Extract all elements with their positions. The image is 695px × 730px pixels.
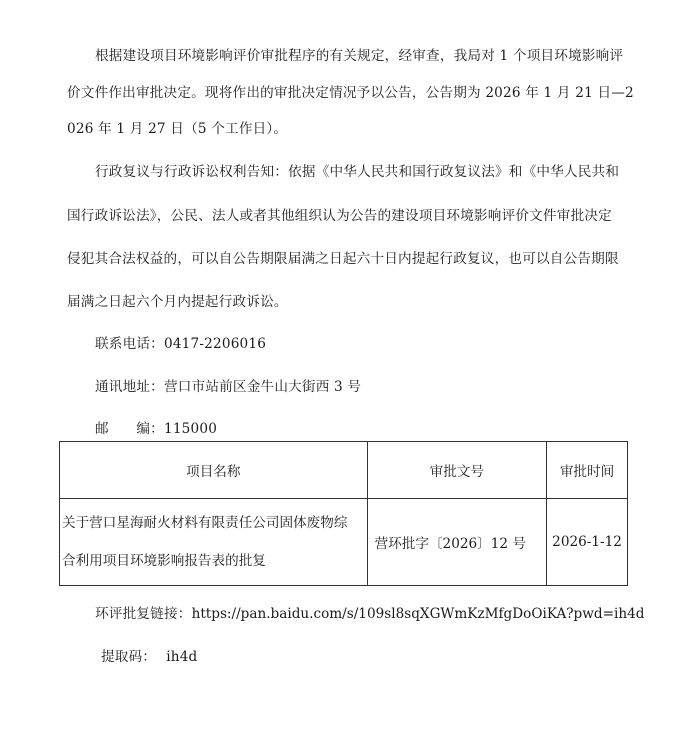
code-label: 提取码：	[101, 649, 156, 665]
project-name-line-1: 关于营口星海耐火材料有限责任公司固体废物综	[62, 514, 367, 532]
approval-link-line: 环评批复链接：https://pan.baidu.com/s/109sl8sqX…	[95, 605, 644, 623]
extraction-code-line: 提取码：ih4d	[101, 648, 197, 666]
text-line: 国行政诉讼法》，公民、法人或者其他组织认为公告的建设项目环境影响评价文件审批决定	[67, 207, 612, 225]
text-line: 026 年 1 月 27 日（5 个工作日）。	[67, 120, 287, 138]
contact-postcode: 邮 编：115000	[95, 420, 217, 438]
cell-project-name: 关于营口星海耐火材料有限责任公司固体废物综 合利用项目环境影响报告表的批复	[60, 499, 368, 586]
approval-link[interactable]: https://pan.baidu.com/s/109sl8sqXGWmKzMf…	[192, 606, 645, 622]
text-line: 侵犯其合法权益的，可以自公告期限届满之日起六十日内提起行政复议，也可以自公告期限	[67, 250, 619, 268]
text-line: 届满之日起六个月内提起行政诉讼。	[67, 293, 288, 311]
text-line: 根据建设项目环境影响评价审批程序的有关规定，经审查，我局对 1 个项目环境影响评	[95, 47, 623, 65]
header-project-name: 项目名称	[60, 442, 368, 499]
header-approval-number: 审批文号	[367, 442, 546, 499]
approval-table: 项目名称 审批文号 审批时间 关于营口星海耐火材料有限责任公司固体废物综 合利用…	[59, 441, 628, 586]
header-approval-date: 审批时间	[547, 442, 628, 499]
table-header-row: 项目名称 审批文号 审批时间	[60, 442, 628, 499]
extraction-code: ih4d	[166, 649, 197, 665]
link-label: 环评批复链接：	[95, 606, 192, 622]
contact-address: 通讯地址：营口市站前区金牛山大街西 3 号	[95, 378, 361, 396]
cell-approval-number: 营环批字〔2026〕12 号	[367, 499, 546, 586]
text-line: 价文件作出审批决定。现将作出的审批决定情况予以公告，公告期为 2026 年 1 …	[67, 84, 634, 102]
cell-approval-date: 2026-1-12	[547, 499, 628, 586]
project-name-line-2: 合利用项目环境影响报告表的批复	[62, 552, 367, 570]
text-line: 行政复议与行政诉讼权利告知：依据《中华人民共和国行政复议法》和《中华人民共和	[95, 163, 619, 181]
table-row: 关于营口星海耐火材料有限责任公司固体废物综 合利用项目环境影响报告表的批复 营环…	[60, 499, 628, 586]
contact-phone: 联系电话：0417-2206016	[95, 335, 266, 353]
